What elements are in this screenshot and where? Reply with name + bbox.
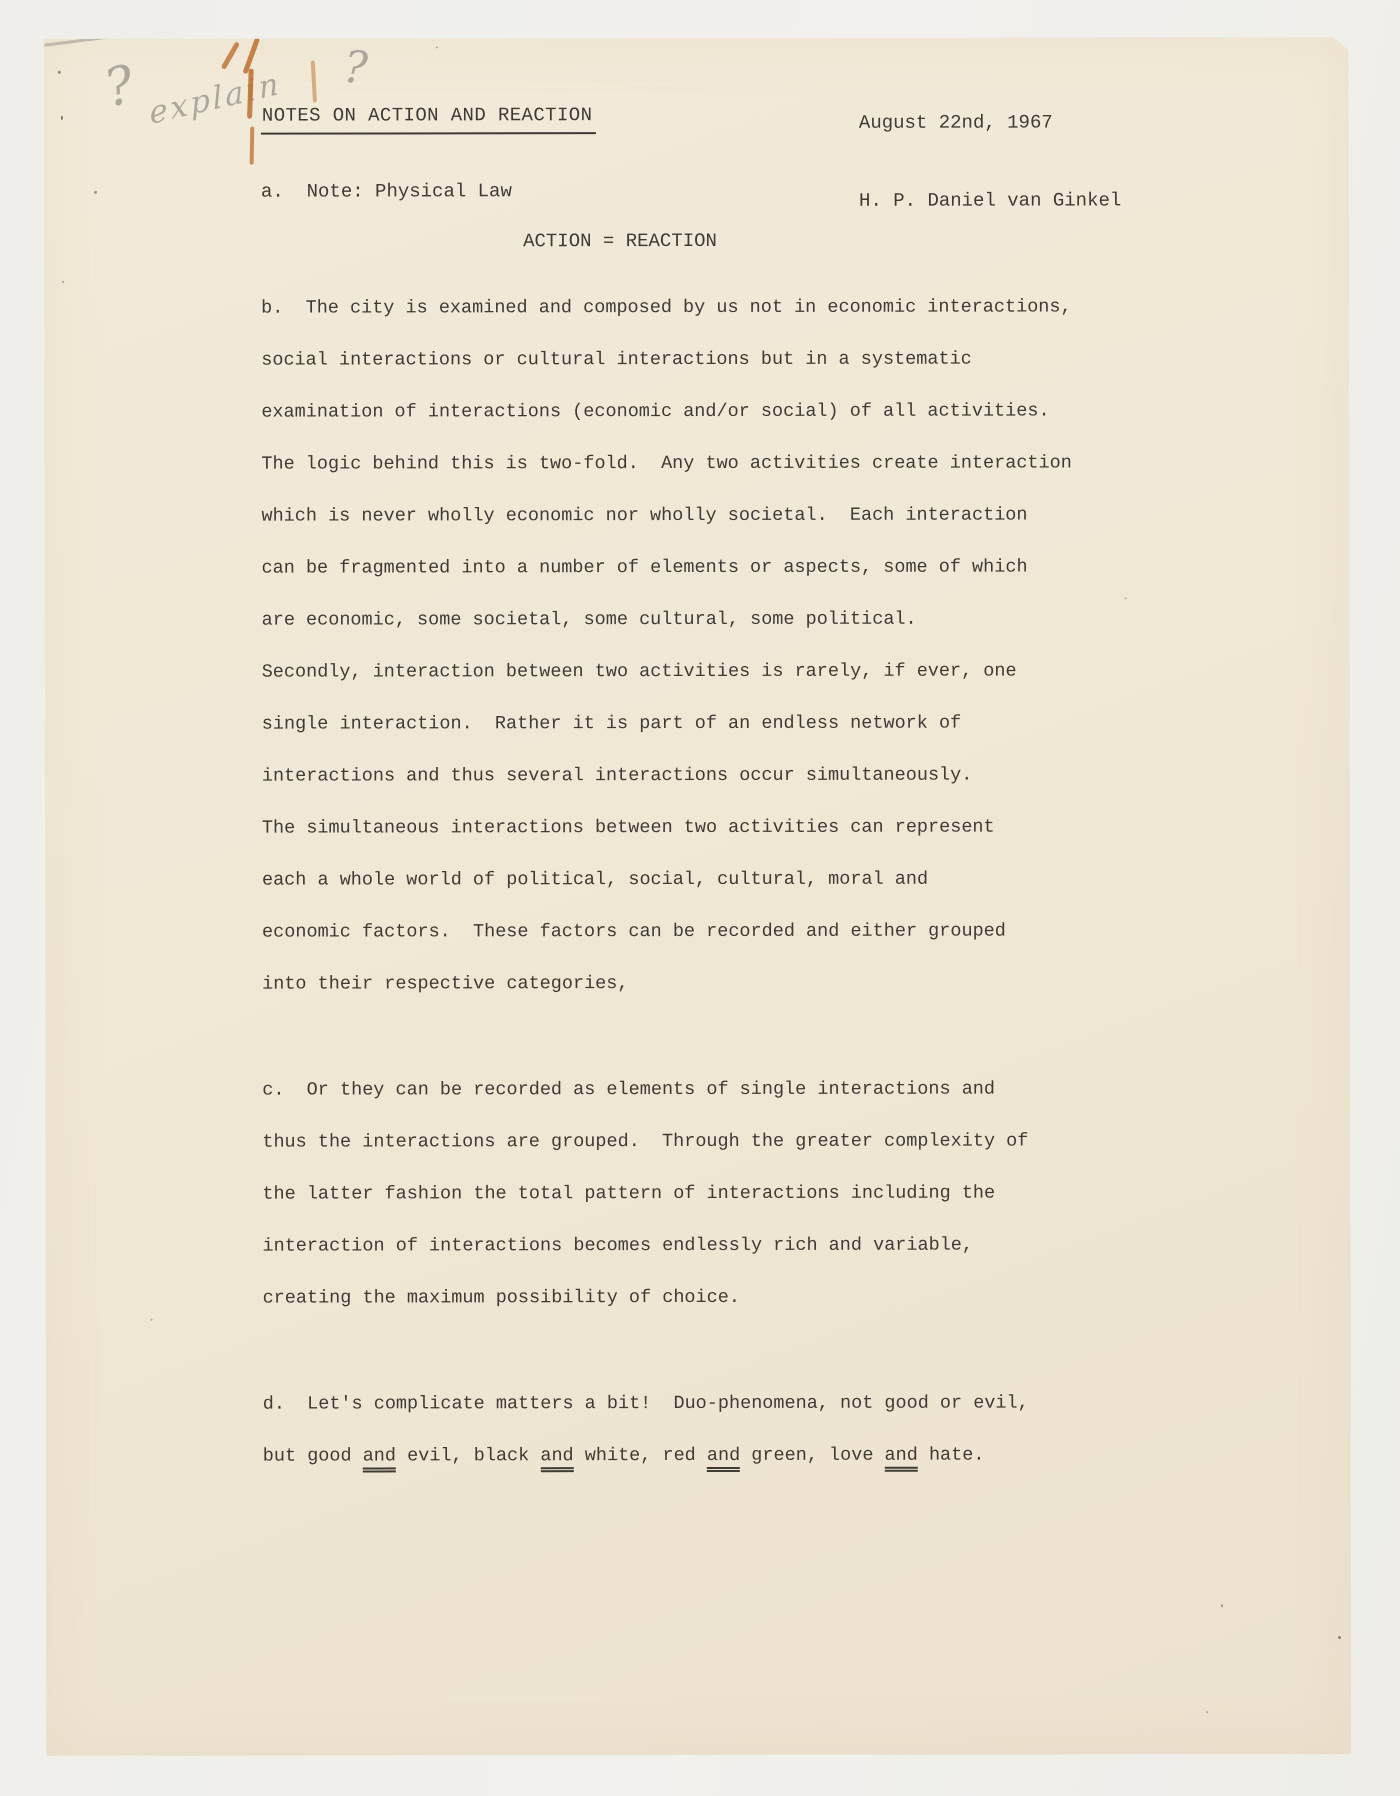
typed-line: single interaction. Rather it is part of… [262, 711, 1073, 764]
date-line: August 22nd, 1967 [859, 109, 1121, 135]
orange-crayon-mark [247, 69, 254, 119]
document-title: NOTES ON ACTION AND REACTION [261, 104, 596, 134]
typed-text: thus the interactions are grouped. Throu… [262, 1131, 1028, 1153]
underlined-word: and [885, 1445, 918, 1472]
underlined-word: and [540, 1445, 573, 1472]
typed-text: are economic, some societal, some cultur… [262, 609, 917, 631]
typed-text: which is never wholly economic nor wholl… [261, 505, 1027, 527]
typed-line: each a whole world of political, social,… [262, 867, 1073, 920]
orange-crayon-mark [250, 127, 255, 165]
equation-line: ACTION = REACTION [523, 230, 717, 252]
typed-line: interactions and thus several interactio… [262, 763, 1073, 816]
typed-text: examination of interactions (economic an… [261, 401, 1049, 423]
typed-text: evil, black [396, 1445, 540, 1466]
typed-line: which is never wholly economic nor wholl… [261, 503, 1072, 556]
typed-text: The logic behind this is two-fold. Any t… [261, 452, 1071, 474]
pencil-question-mark-left: ? [99, 54, 141, 119]
dust-speck [1221, 1604, 1223, 1607]
paragraph-c: c. Or they can be recorded as elements o… [262, 1077, 1073, 1338]
pencil-question-mark-right: ? [342, 42, 369, 94]
typed-text: each a whole world of political, social,… [262, 869, 928, 891]
typed-line: creating the maximum possibility of choi… [263, 1285, 1074, 1338]
typed-text: hate. [918, 1445, 985, 1466]
typed-line: Secondly, interaction between two activi… [262, 659, 1073, 712]
orange-crayon-mark [311, 60, 317, 102]
typed-text: the latter fashion the total pattern of … [262, 1183, 995, 1205]
scan-background: ? explain ? August 22nd, 1967 H. P. Dani… [0, 0, 1400, 1796]
typed-line: can be fragmented into a number of eleme… [262, 555, 1073, 608]
typed-line: but good and evil, black and white, red … [263, 1443, 1074, 1496]
typed-line: c. Or they can be recorded as elements o… [262, 1077, 1073, 1130]
paragraph-b: b. The city is examined and composed by … [261, 295, 1072, 1024]
paragraph-d: d. Let's complicate matters a bit! Duo-p… [263, 1391, 1074, 1496]
typed-line: d. Let's complicate matters a bit! Duo-p… [263, 1391, 1074, 1444]
typed-text: c. Or they can be recorded as elements o… [262, 1079, 995, 1101]
typed-text: b. The city is examined and composed by … [261, 296, 1071, 318]
dust-speck [58, 71, 61, 74]
typed-line: thus the interactions are grouped. Throu… [262, 1129, 1073, 1182]
dust-speck [62, 281, 64, 283]
typed-text: d. Let's complicate matters a bit! Duo-p… [263, 1393, 1029, 1415]
typed-text: economic factors. These factors can be r… [262, 921, 1006, 943]
underlined-word: and [707, 1445, 740, 1472]
typed-text: Secondly, interaction between two activi… [262, 661, 1017, 683]
typed-line: social interactions or cultural interact… [261, 347, 1072, 400]
typed-line: interaction of interactions becomes endl… [262, 1233, 1073, 1286]
dust-speck [1125, 597, 1127, 599]
document-header: August 22nd, 1967 H. P. Daniel van Ginke… [859, 57, 1122, 265]
typed-line: The simultaneous interactions between tw… [262, 815, 1073, 868]
typed-text: creating the maximum possibility of choi… [263, 1287, 740, 1309]
typed-text: green, love [740, 1445, 884, 1466]
author-line: H. P. Daniel van Ginkel [859, 187, 1121, 213]
typed-line: b. The city is examined and composed by … [261, 295, 1072, 348]
typed-text: social interactions or cultural interact… [261, 349, 972, 371]
typed-line: into their respective categories, [262, 971, 1073, 1024]
dust-speck [1338, 1636, 1341, 1639]
typed-text: interactions and thus several interactio… [262, 765, 973, 787]
typed-text: can be fragmented into a number of eleme… [262, 557, 1028, 579]
typed-paragraphs: b. The city is examined and composed by … [261, 295, 1073, 1550]
dust-speck [436, 46, 438, 48]
typed-line: The logic behind this is two-fold. Any t… [261, 451, 1072, 504]
typed-text: The simultaneous interactions between tw… [262, 817, 995, 839]
pencil-annotation: ? explain ? [44, 37, 1349, 42]
dust-speck [61, 116, 63, 120]
pencil-dash-stroke [44, 34, 122, 47]
typed-text: but good [263, 1445, 363, 1466]
typed-text: interaction of interactions becomes endl… [262, 1235, 973, 1257]
orange-crayon-mark [221, 41, 240, 69]
dust-speck [94, 191, 97, 194]
typed-line: the latter fashion the total pattern of … [262, 1181, 1073, 1234]
typed-line: economic factors. These factors can be r… [262, 919, 1073, 972]
document-page: ? explain ? August 22nd, 1967 H. P. Dani… [44, 37, 1351, 1756]
typed-text: white, red [574, 1445, 707, 1466]
section-a-line: a. Note: Physical Law [261, 180, 512, 202]
typed-text: into their respective categories, [262, 973, 628, 995]
typed-line: are economic, some societal, some cultur… [262, 607, 1073, 660]
typed-line: examination of interactions (economic an… [261, 399, 1072, 452]
underlined-word: and [363, 1445, 396, 1472]
typed-text: single interaction. Rather it is part of… [262, 713, 961, 735]
dust-speck [151, 1319, 153, 1321]
dust-speck [1206, 1711, 1208, 1713]
